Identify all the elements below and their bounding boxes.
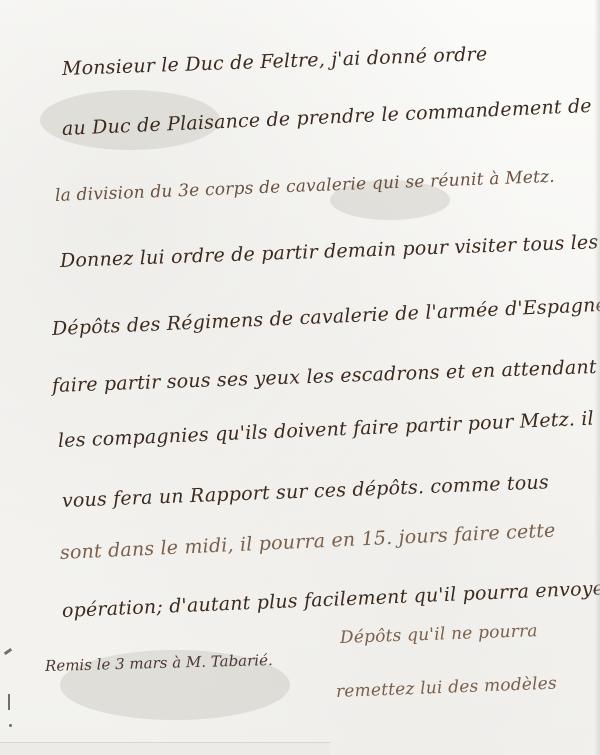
continuation-line-2: remettez lui des modèles bbox=[336, 674, 558, 702]
letter-line-3: la division du 3e corps de cavalerie qui… bbox=[55, 167, 556, 206]
letter-line-8: vous fera un Rapport sur ces dépôts. com… bbox=[62, 471, 550, 512]
binding-hole-mark bbox=[4, 648, 12, 655]
paper-bottom-edge bbox=[0, 742, 330, 755]
letter-line-1: Monsieur le Duc de Feltre, j'ai donné or… bbox=[62, 43, 488, 80]
manuscript-page: Monsieur le Duc de Feltre, j'ai donné or… bbox=[0, 0, 600, 755]
letter-line-9: sont dans le midi, il pourra en 15. jour… bbox=[60, 520, 556, 564]
binding-hole-mark bbox=[9, 724, 12, 727]
binding-hole-mark bbox=[8, 694, 10, 710]
letter-line-4: Donnez lui ordre de partir demain pour v… bbox=[60, 231, 599, 272]
letter-line-7: les compagnies qu'ils doivent faire part… bbox=[58, 408, 595, 452]
letter-line-6: faire partir sous ses yeux les escadrons… bbox=[52, 356, 597, 397]
letter-line-10: opération; d'autant plus facilement qu'i… bbox=[62, 577, 600, 622]
paper-right-edge bbox=[594, 0, 600, 755]
letter-line-5: Dépôts des Régimens de cavalerie de l'ar… bbox=[52, 293, 600, 340]
continuation-line-1: Dépôts qu'il ne pourra bbox=[340, 621, 538, 648]
